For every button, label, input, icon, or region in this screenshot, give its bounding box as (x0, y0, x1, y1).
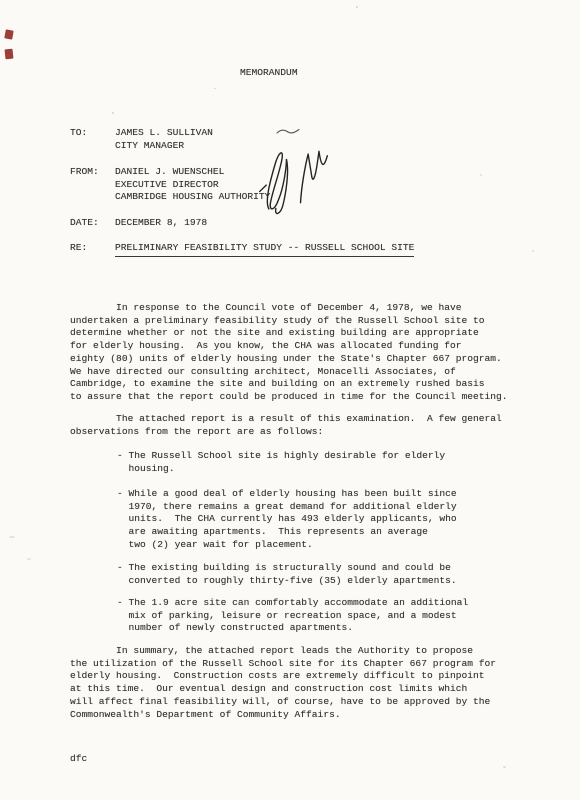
to-value: JAMES L. SULLIVAN CITY MANAGER (115, 127, 213, 152)
scan-speck (112, 112, 114, 114)
red-pen-mark-icon (4, 49, 13, 60)
body-paragraph-3: In summary, the attached report leads th… (70, 645, 496, 721)
scan-speck (503, 766, 506, 768)
scan-speck (532, 250, 534, 252)
body-paragraph-1: In response to the Council vote of Decem… (70, 302, 508, 404)
signature-initials-icon (252, 138, 339, 224)
bullet-item-2: - While a good deal of elderly housing h… (117, 488, 457, 552)
date-value: DECEMBER 8, 1978 (115, 217, 207, 230)
typist-initials: dfc (70, 753, 87, 766)
re-subject-underlined: PRELIMINARY FEASIBILITY STUDY -- RUSSELL… (115, 242, 414, 257)
from-value: DANIEL J. WUENSCHEL EXECUTIVE DIRECTOR C… (115, 166, 270, 204)
scan-speck (9, 536, 15, 538)
bullet-item-4: - The 1.9 acre site can comfortably acco… (117, 597, 468, 635)
date-label: DATE: (70, 217, 99, 230)
to-label: TO: (70, 127, 87, 140)
red-pen-mark-icon (4, 29, 13, 39)
body-paragraph-2: The attached report is a result of this … (70, 413, 502, 438)
bullet-item-3: - The existing building is structurally … (117, 562, 457, 587)
memo-title: MEMORANDUM (240, 67, 298, 80)
re-label: RE: (70, 242, 87, 255)
scan-speck (356, 6, 358, 8)
scan-speck (214, 88, 216, 89)
scan-speck (27, 558, 31, 560)
memo-page: MEMORANDUM TO: JAMES L. SULLIVAN CITY MA… (0, 0, 580, 800)
bullet-item-1: - The Russell School site is highly desi… (117, 450, 445, 475)
from-label: FROM: (70, 166, 99, 179)
pen-squiggle-icon (276, 127, 300, 136)
scan-speck (480, 174, 482, 176)
